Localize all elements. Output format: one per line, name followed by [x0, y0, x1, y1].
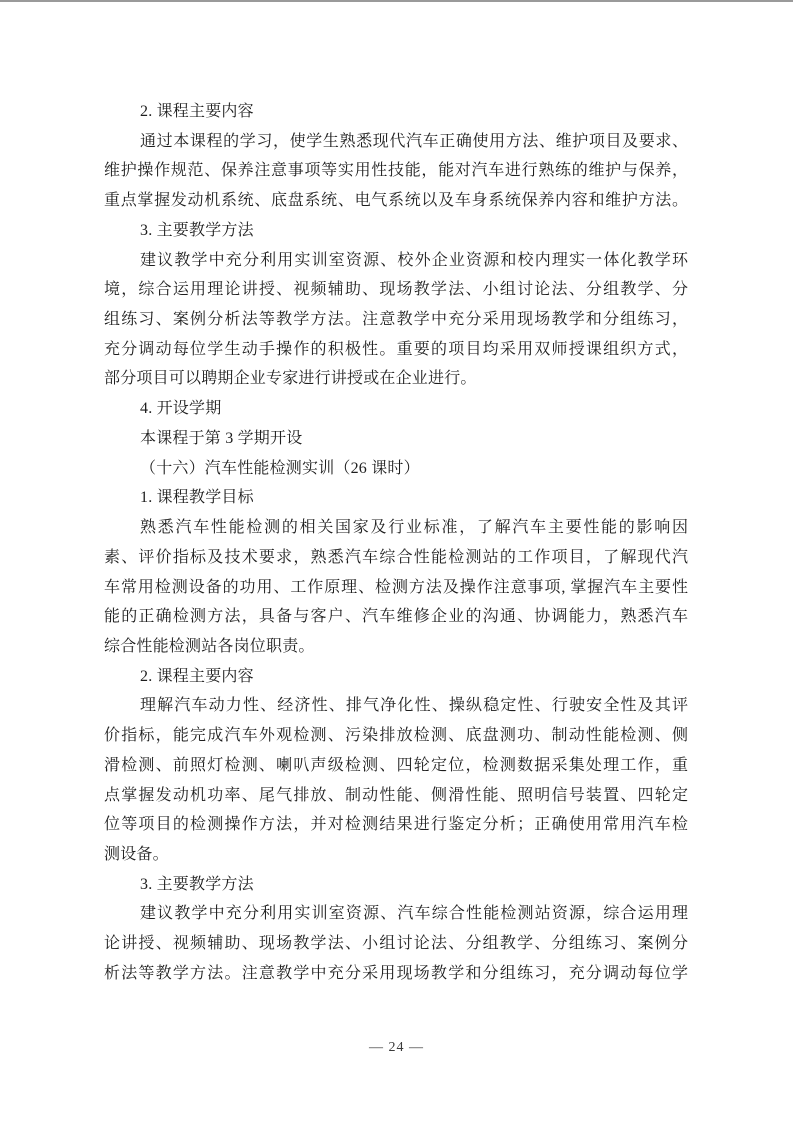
text-line: 析法等教学方法。注意教学中充分采用现场教学和分组练习，充分调动每位学: [104, 959, 688, 989]
text-line: 理解汽车动力性、经济性、排气净化性、操纵稳定性、行驶安全性及其评: [104, 691, 688, 721]
text-line: 境，综合运用理论讲授、视频辅助、现场教学法、小组讨论法、分组教学、分: [104, 275, 688, 305]
text-line: 4. 开设学期: [104, 394, 688, 424]
text-line: 通过本课程的学习，使学生熟悉现代汽车正确使用方法、维护项目及要求、: [104, 127, 688, 157]
text-line: 重点掌握发动机系统、底盘系统、电气系统以及车身系统保养内容和维护方法。: [104, 186, 688, 216]
text-line: 位等项目的检测操作方法，并对检测结果进行鉴定分析；正确使用常用汽车检: [104, 810, 688, 840]
document-page: 2. 课程主要内容通过本课程的学习，使学生熟悉现代汽车正确使用方法、维护项目及要…: [0, 0, 793, 1122]
document-body: 2. 课程主要内容通过本课程的学习，使学生熟悉现代汽车正确使用方法、维护项目及要…: [104, 97, 688, 989]
text-line: 2. 课程主要内容: [104, 662, 688, 692]
page-top-edge: [0, 0, 793, 2]
text-line: 滑检测、前照灯检测、喇叭声级检测、四轮定位，检测数据采集处理工作，重: [104, 751, 688, 781]
text-line: 测设备。: [104, 840, 688, 870]
text-line: 点掌握发动机功率、尾气排放、制动性能、侧滑性能、照明信号装置、四轮定: [104, 781, 688, 811]
text-line: （十六）汽车性能检测实训（26 课时）: [104, 454, 688, 484]
text-line: 论讲授、视频辅助、现场教学法、小组讨论法、分组教学、分组练习、案例分: [104, 929, 688, 959]
text-line: 车常用检测设备的功用、工作原理、检测方法及操作注意事项, 掌握汽车主要性: [104, 573, 688, 603]
text-line: 建议教学中充分利用实训室资源、校外企业资源和校内理实一体化教学环: [104, 246, 688, 276]
text-line: 维护操作规范、保养注意事项等实用性技能，能对汽车进行熟练的维护与保养，: [104, 156, 688, 186]
text-line: 3. 主要教学方法: [104, 870, 688, 900]
text-line: 价指标，能完成汽车外观检测、污染排放检测、底盘测功、制动性能检测、侧: [104, 721, 688, 751]
text-line: 建议教学中充分利用实训室资源、汽车综合性能检测站资源，综合运用理: [104, 899, 688, 929]
text-line: 能的正确检测方法，具备与客户、汽车维修企业的沟通、协调能力，熟悉汽车: [104, 602, 688, 632]
text-line: 2. 课程主要内容: [104, 97, 688, 127]
text-line: 综合性能检测站各岗位职责。: [104, 632, 688, 662]
text-line: 素、评价指标及技术要求，熟悉汽车综合性能检测站的工作项目，了解现代汽: [104, 543, 688, 573]
text-line: 充分调动每位学生动手操作的积极性。重要的项目均采用双师授课组织方式，: [104, 335, 688, 365]
text-line: 1. 课程教学目标: [104, 483, 688, 513]
text-line: 组练习、案例分析法等教学方法。注意教学中充分采用现场教学和分组练习，: [104, 305, 688, 335]
page-number: — 24 —: [0, 1040, 793, 1056]
text-line: 3. 主要教学方法: [104, 216, 688, 246]
text-line: 部分项目可以聘期企业专家进行讲授或在企业进行。: [104, 364, 688, 394]
text-line: 熟悉汽车性能检测的相关国家及行业标准，了解汽车主要性能的影响因: [104, 513, 688, 543]
text-line: 本课程于第 3 学期开设: [104, 424, 688, 454]
